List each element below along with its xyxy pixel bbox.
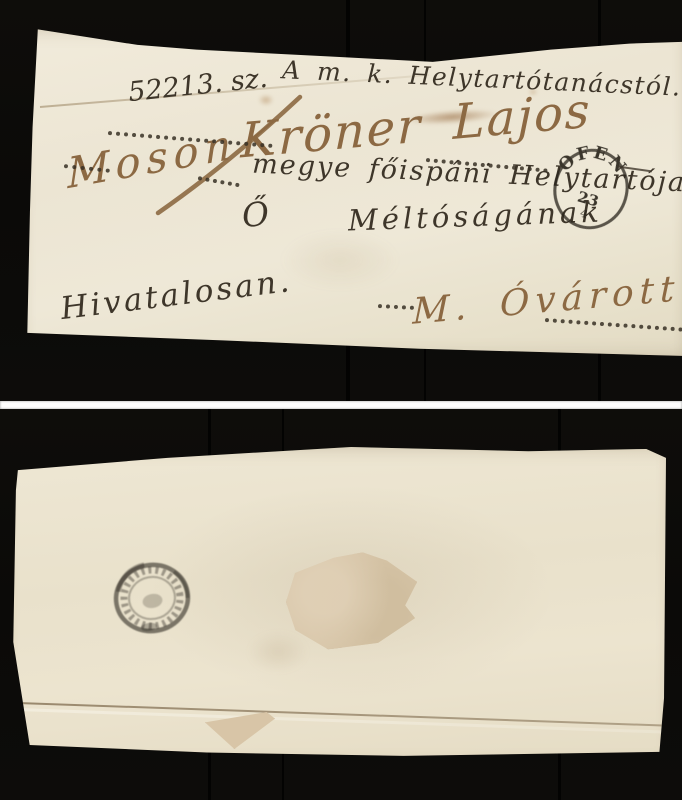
aging-stain xyxy=(280,230,400,290)
aging-stain xyxy=(248,632,308,672)
honorific-pronoun: Ő xyxy=(241,197,271,232)
photo-stage: 52213. sz. A m. k. Helytartótanácstól. K… xyxy=(0,0,682,800)
handling-note: Hivatalosan. xyxy=(59,266,294,325)
front-photo: 52213. sz. A m. k. Helytartótanácstól. K… xyxy=(0,0,682,401)
seal-remnant-patch xyxy=(284,550,421,652)
svg-text:OFEN: OFEN xyxy=(552,133,634,191)
dotted-line xyxy=(545,318,682,332)
cover-back xyxy=(10,444,666,774)
ofen-postmark-town: OFEN xyxy=(552,133,634,191)
photo-separator xyxy=(0,401,682,409)
arrival-postmark xyxy=(103,549,200,646)
dotted-line xyxy=(378,304,414,310)
cover-front: 52213. sz. A m. k. Helytartótanácstól. K… xyxy=(26,26,682,364)
ofen-postmark-month: 4 xyxy=(578,206,590,222)
back-photo xyxy=(0,409,682,800)
